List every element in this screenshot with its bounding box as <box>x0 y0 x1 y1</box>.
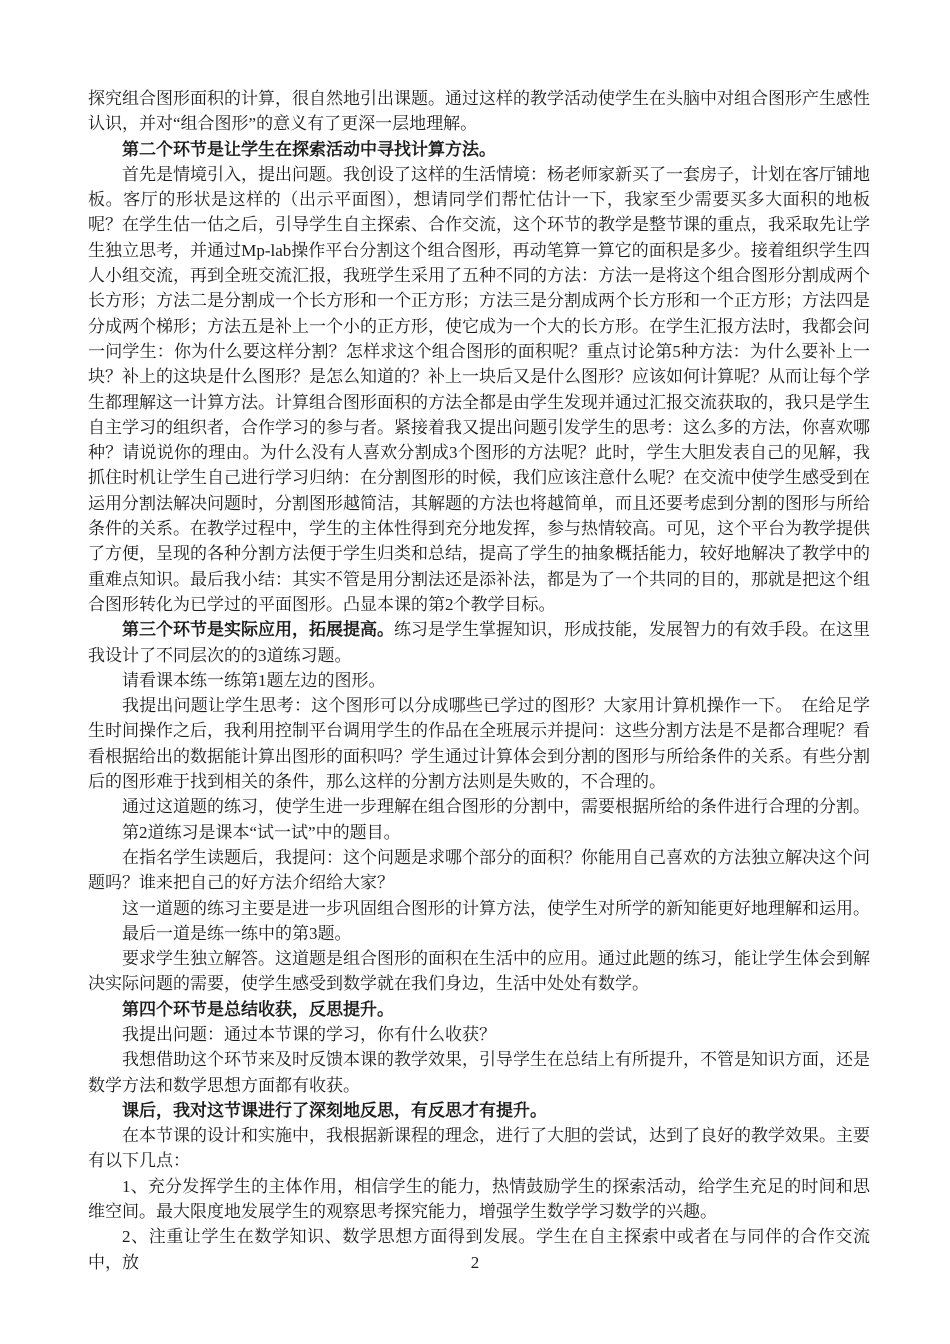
body-text: 这一道题的练习主要是进一步巩固组合图形的计算方法，使学生对所学的新知能更好地理解… <box>122 899 870 918</box>
paragraph: 请看课本练一练第1题左边的图形。 <box>88 668 870 693</box>
heading-text: 第二个环节是让学生在探索活动中寻找计算方法。 <box>122 140 496 159</box>
paragraph: 探究组合图形面积的计算，很自然地引出课题。通过这样的教学活动使学生在头脑中对组合… <box>88 86 870 137</box>
paragraph: 我提出问题让学生思考：这个图形可以分成哪些已学过的图形？大家用计算机操作一下。 … <box>88 693 870 794</box>
body-text: 请看课本练一练第1题左边的图形。 <box>122 671 386 690</box>
paragraph: 第2道练习是课本“试一试”中的题目。 <box>88 820 870 845</box>
body-text: 首先是情境引入，提出问题。我创设了这样的生活情境：杨老师家新买了一套房子，计划在… <box>88 165 870 614</box>
paragraph: 最后一道是练一练中的第3题。 <box>88 921 870 946</box>
paragraph: 1、充分发挥学生的主体作用，相信学生的能力，热情鼓励学生的探索活动，给学生充足的… <box>88 1174 870 1225</box>
paragraph: 在本节课的设计和实施中，我根据新课程的理念，进行了大胆的尝试，达到了良好的教学效… <box>88 1123 870 1174</box>
body-text: 最后一道是练一练中的第3题。 <box>122 924 352 943</box>
body-text: 探究组合图形面积的计算，很自然地引出课题。通过这样的教学活动使学生在头脑中对组合… <box>88 89 870 133</box>
paragraph: 第三个环节是实际应用，拓展提高。练习是学生掌握知识，形成技能，发展智力的有效手段… <box>88 617 870 668</box>
paragraph: 我提出问题：通过本节课的学习，你有什么收获？ <box>88 1022 870 1047</box>
paragraph: 通过这道题的练习，使学生进一步理解在组合图形的分割中，需要根据所给的条件进行合理… <box>88 794 870 819</box>
heading-text: 第三个环节是实际应用，拓展提高。 <box>122 620 394 639</box>
body-text: 要求学生独立解答。这道题是组合图形的面积在生活中的应用。通过此题的练习，能让学生… <box>88 949 870 993</box>
body-text: 我提出问题：通过本节课的学习，你有什么收获？ <box>122 1025 496 1044</box>
paragraph: 首先是情境引入，提出问题。我创设了这样的生活情境：杨老师家新买了一套房子，计划在… <box>88 162 870 617</box>
body-text: 1、充分发挥学生的主体作用，相信学生的能力，热情鼓励学生的探索活动，给学生充足的… <box>88 1177 870 1221</box>
heading-text: 第四个环节是总结收获，反思提升。 <box>122 1000 394 1019</box>
paragraph: 第四个环节是总结收获，反思提升。 <box>88 997 870 1022</box>
body-text: 我提出问题让学生思考：这个图形可以分成哪些已学过的图形？大家用计算机操作一下。 … <box>88 696 870 791</box>
paragraph: 这一道题的练习主要是进一步巩固组合图形的计算方法，使学生对所学的新知能更好地理解… <box>88 896 870 921</box>
document-page: 探究组合图形面积的计算，很自然地引出课题。通过这样的教学活动使学生在头脑中对组合… <box>0 0 950 1344</box>
paragraph: 第二个环节是让学生在探索活动中寻找计算方法。 <box>88 137 870 162</box>
heading-text: 课后，我对这节课进行了深刻地反思，有反思才有提升。 <box>122 1101 547 1120</box>
body-text: 在指名学生读题后，我提问：这个问题是求哪个部分的面积？你能用自己喜欢的方法独立解… <box>88 848 870 892</box>
paragraph: 我想借助这个环节来及时反馈本课的教学效果，引导学生在总结上有所提升，不管是知识方… <box>88 1047 870 1098</box>
body-text: 第2道练习是课本“试一试”中的题目。 <box>122 823 401 842</box>
paragraph: 课后，我对这节课进行了深刻地反思，有反思才有提升。 <box>88 1098 870 1123</box>
paragraph: 要求学生独立解答。这道题是组合图形的面积在生活中的应用。通过此题的练习，能让学生… <box>88 946 870 997</box>
page-number: 2 <box>0 1250 950 1275</box>
body-text: 我想借助这个环节来及时反馈本课的教学效果，引导学生在总结上有所提升，不管是知识方… <box>88 1050 870 1094</box>
paragraph: 在指名学生读题后，我提问：这个问题是求哪个部分的面积？你能用自己喜欢的方法独立解… <box>88 845 870 896</box>
document-body: 探究组合图形面积的计算，很自然地引出课题。通过这样的教学活动使学生在头脑中对组合… <box>88 86 870 1275</box>
body-text: 通过这道题的练习，使学生进一步理解在组合图形的分割中，需要根据所给的条件进行合理… <box>122 797 870 816</box>
body-text: 在本节课的设计和实施中，我根据新课程的理念，进行了大胆的尝试，达到了良好的教学效… <box>88 1126 870 1170</box>
